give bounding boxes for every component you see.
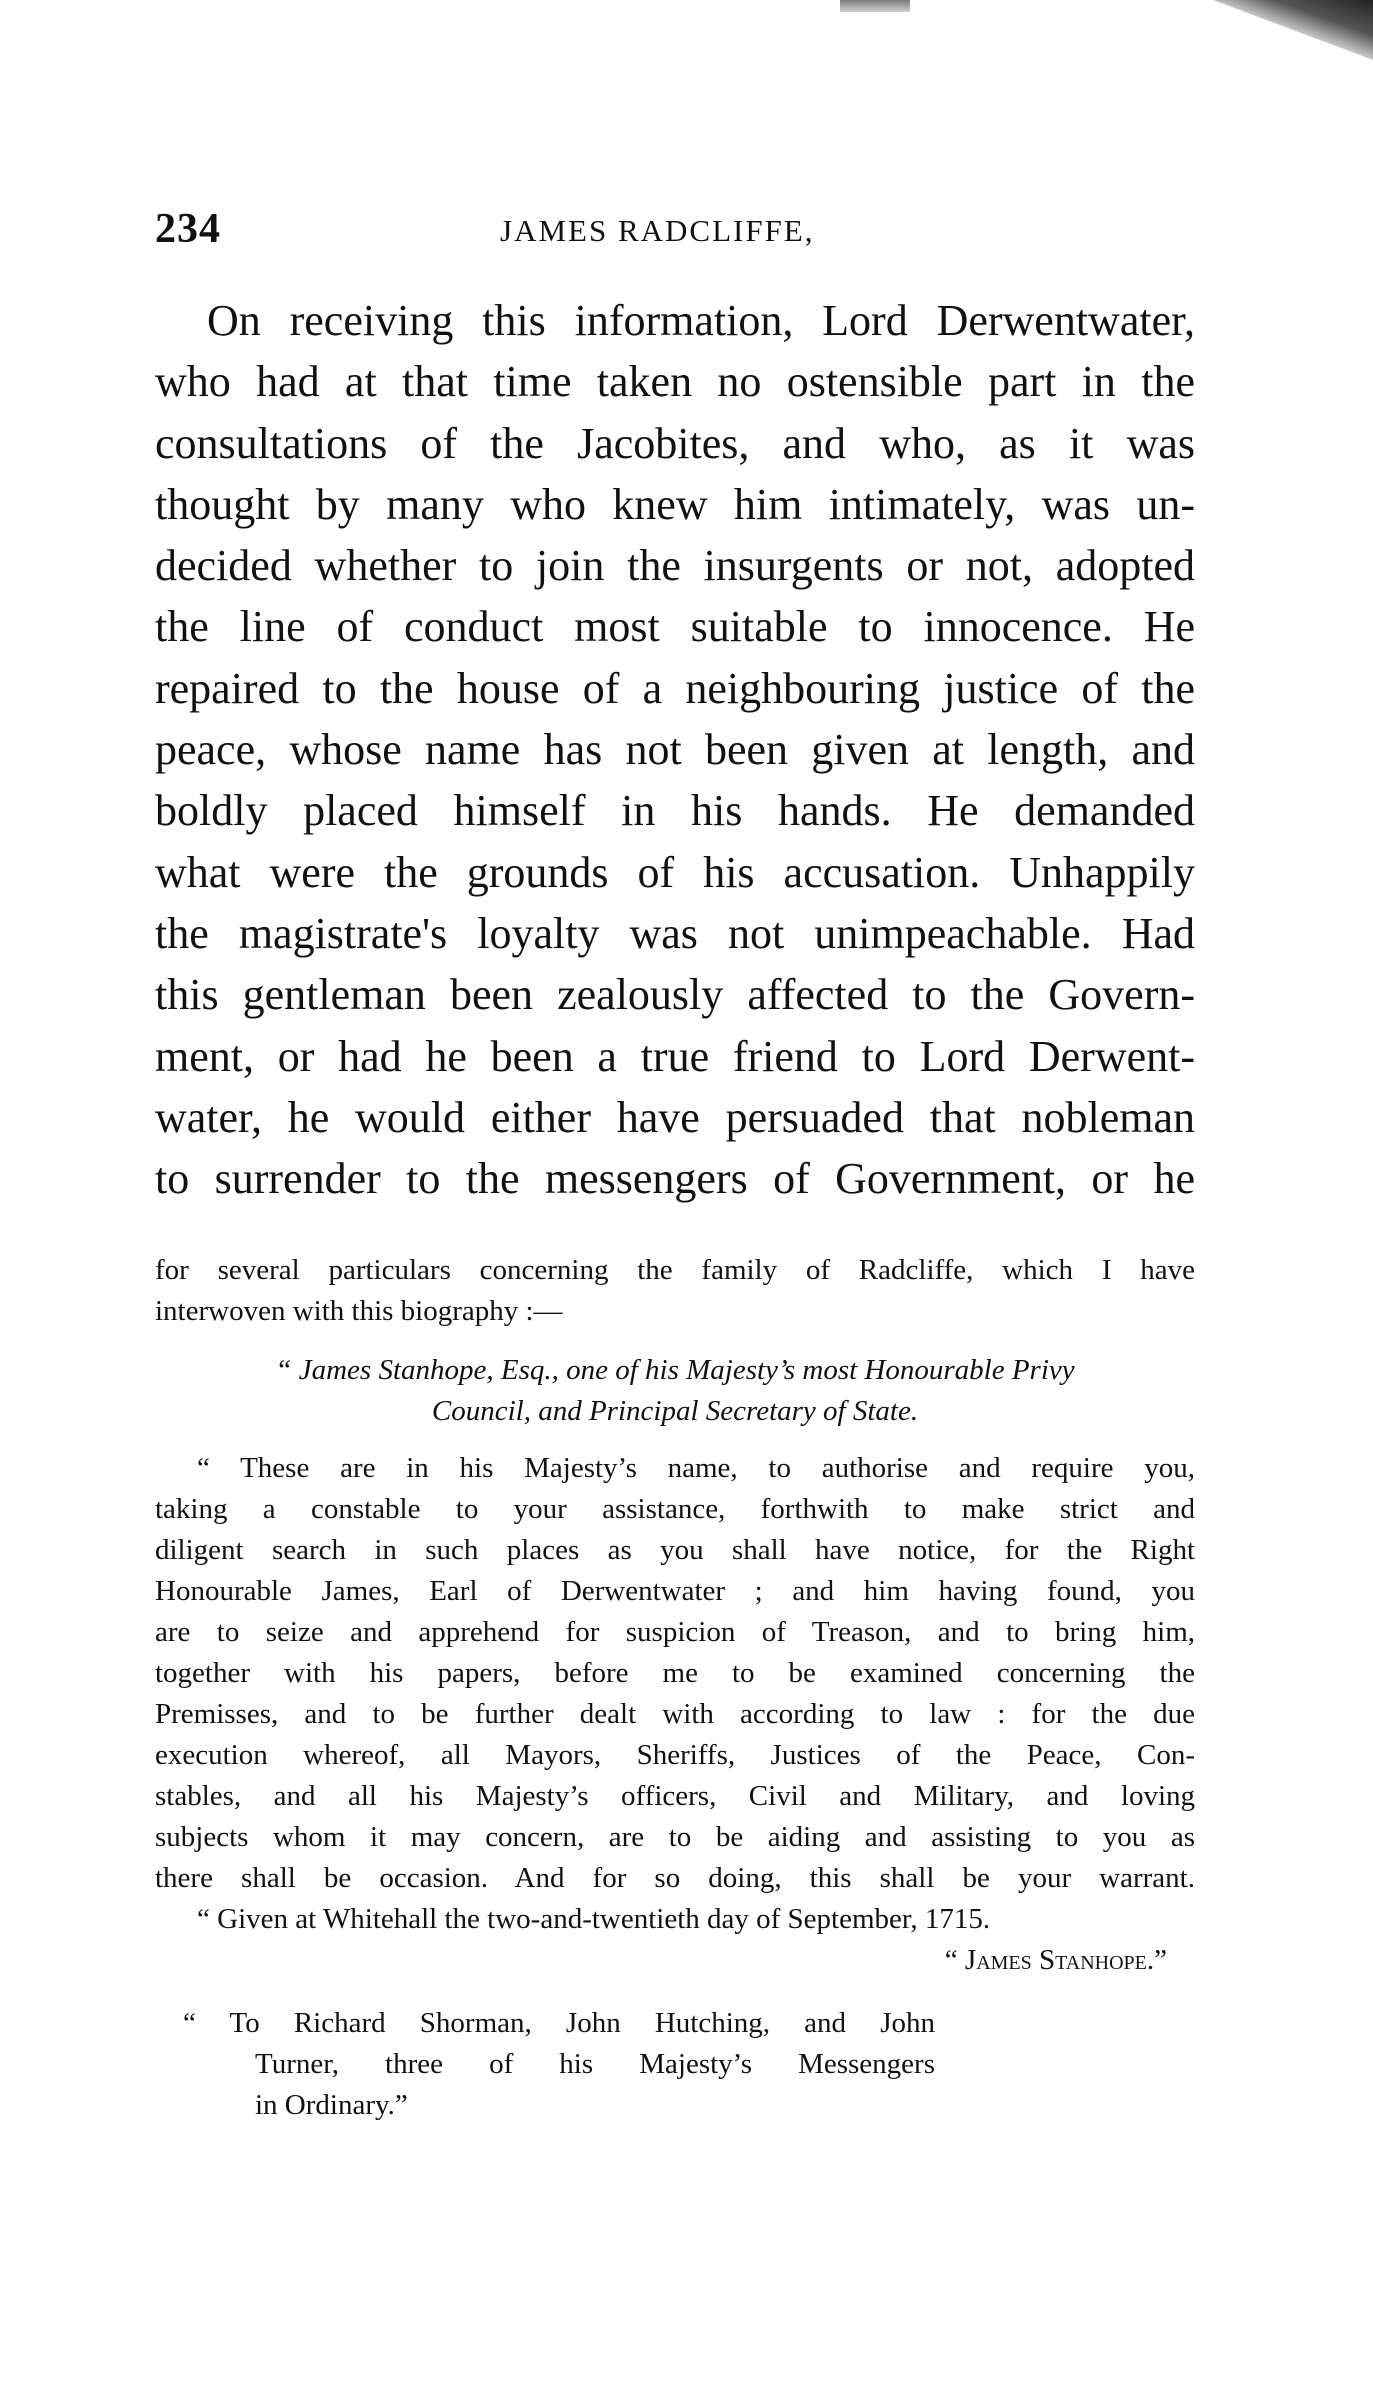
body-line: decided whether to join the insurgents o… xyxy=(155,535,1195,596)
running-title: JAMES RADCLIFFE, xyxy=(500,213,815,249)
footnote-line: for several particulars concerning the f… xyxy=(155,1250,1195,1291)
warrant-line: subjects whom it may concern, are to be … xyxy=(155,1817,1195,1858)
body-line: the magistrate's loyalty was not unimpea… xyxy=(155,903,1195,964)
warrant-line: are to seize and apprehend for suspicion… xyxy=(155,1612,1195,1653)
address-line: “ To Richard Shorman, John Hutching, and… xyxy=(155,2003,935,2044)
warrant-line: stables, and all his Majesty’s officers,… xyxy=(155,1776,1195,1817)
footnote-intro: for several particulars concerning the f… xyxy=(155,1250,1195,1332)
footnote-line: interwoven with this biography :— xyxy=(155,1291,1195,1332)
body-line: thought by many who knew him intimately,… xyxy=(155,474,1195,535)
warrant-line: “ These are in his Majesty’s name, to au… xyxy=(155,1448,1195,1489)
warrant-heading-line: “ James Stanhope, Esq., one of his Majes… xyxy=(155,1350,1195,1391)
body-line: who had at that time taken no ostensible… xyxy=(155,351,1195,412)
warrant-line: diligent search in such places as you sh… xyxy=(155,1530,1195,1571)
body-line: water, he would either have persuaded th… xyxy=(155,1087,1195,1148)
warrant-line: execution whereof, all Mayors, Sheriffs,… xyxy=(155,1735,1195,1776)
body-line: this gentleman been zealously affected t… xyxy=(155,964,1195,1025)
warrant-line: Honourable James, Earl of Derwentwater ;… xyxy=(155,1571,1195,1612)
footnote: for several particulars concerning the f… xyxy=(155,1250,1195,2126)
body-line: consultations of the Jacobites, and who,… xyxy=(155,413,1195,474)
body-line: peace, whose name has not been given at … xyxy=(155,719,1195,780)
warrant-address: “ To Richard Shorman, John Hutching, and… xyxy=(155,2003,935,2126)
body-line: ment, or had he been a true friend to Lo… xyxy=(155,1026,1195,1087)
warrant-date: “ Given at Whitehall the two-and-twentie… xyxy=(155,1899,1195,1940)
body-line: to surrender to the messengers of Govern… xyxy=(155,1148,1195,1209)
warrant-heading: “ James Stanhope, Esq., one of his Majes… xyxy=(155,1350,1195,1432)
body-line: the line of conduct most suitable to inn… xyxy=(155,596,1195,657)
body-line: what were the grounds of his accusation.… xyxy=(155,842,1195,903)
scan-artifact-top xyxy=(840,0,910,12)
body-line: boldly placed himself in his hands. He d… xyxy=(155,780,1195,841)
warrant-line: there shall be occasion. And for so doin… xyxy=(155,1858,1195,1899)
warrant-text: “ These are in his Majesty’s name, to au… xyxy=(155,1448,1195,1899)
address-line: in Ordinary.” xyxy=(155,2085,935,2126)
body-text: On receiving this information, Lord Derw… xyxy=(155,290,1195,1209)
body-line: On receiving this information, Lord Derw… xyxy=(155,290,1195,351)
warrant-heading-line: Council, and Principal Secretary of Stat… xyxy=(155,1391,1195,1432)
warrant-line: together with his papers, before me to b… xyxy=(155,1653,1195,1694)
body-line: repaired to the house of a neighbouring … xyxy=(155,658,1195,719)
warrant-line: taking a constable to your assistance, f… xyxy=(155,1489,1195,1530)
page-number: 234 xyxy=(155,205,221,253)
scan-shadow-corner xyxy=(1213,0,1373,60)
address-line: Turner, three of his Majesty’s Messenger… xyxy=(155,2044,935,2085)
warrant-signature: “ James Stanhope.” xyxy=(155,1940,1195,1981)
warrant-line: Premisses, and to be further dealt with … xyxy=(155,1694,1195,1735)
running-head: 234 JAMES RADCLIFFE, xyxy=(155,205,1195,265)
